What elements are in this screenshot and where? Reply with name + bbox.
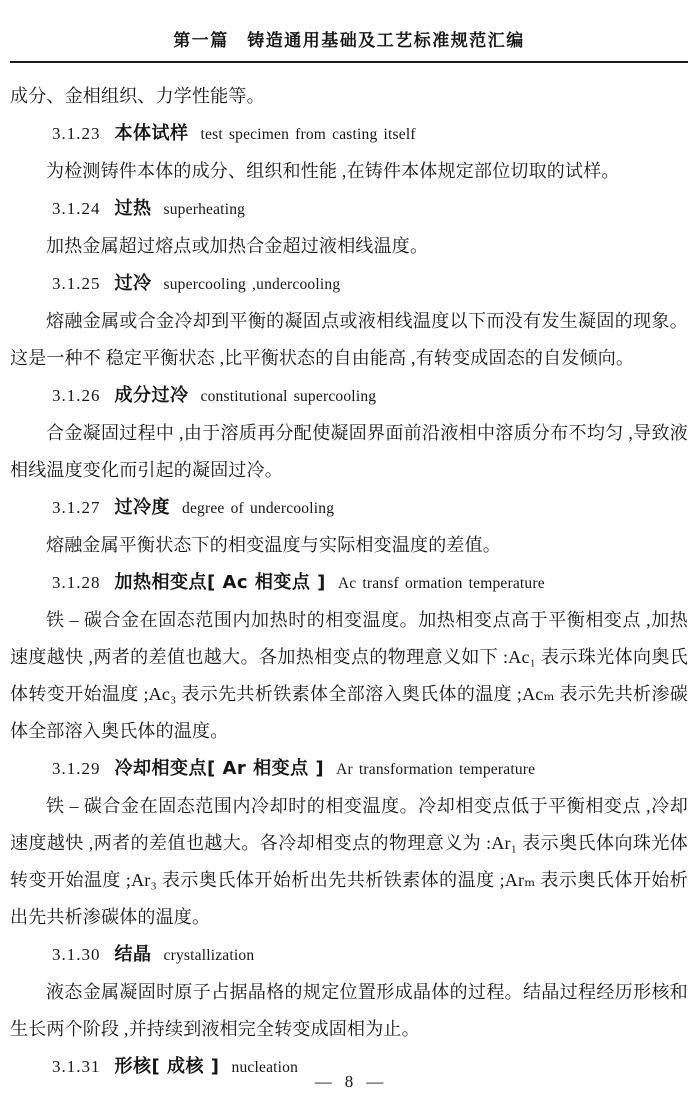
- term-english: degree of undercooling: [182, 500, 334, 517]
- footer-left-dash: —: [315, 1072, 332, 1092]
- term-number: 3.1.30: [52, 945, 101, 964]
- term-chinese: 过冷度: [115, 497, 171, 518]
- running-head-title: 第一篇 铸造通用基础及工艺标准规范汇编: [10, 30, 688, 52]
- definition-paragraph: 液态金属凝固时原子占据晶格的规定位置形成晶体的过程。结晶过程经历形核和生长两个阶…: [10, 974, 688, 1048]
- term-heading: 3.1.26成分过冷constitutional supercooling: [10, 377, 688, 415]
- term-chinese: 结晶: [115, 944, 152, 965]
- term-entry: 3.1.25过冷supercooling ,undercooling 熔融金属或…: [10, 265, 688, 377]
- term-english: Ar transformation temperature: [336, 761, 535, 778]
- term-number: 3.1.27: [52, 498, 101, 517]
- term-english: crystallization: [164, 947, 255, 964]
- term-chinese: 加热相变点[ Ac 相变点 ]: [115, 572, 326, 593]
- header-rule: [10, 61, 688, 63]
- term-entry: 3.1.29冷却相变点[ Ar 相变点 ]Ar transformation t…: [10, 750, 688, 936]
- definition-paragraph: 熔融金属或合金冷却到平衡的凝固点或液相线温度以下而没有发生凝固的现象。这是一种不…: [10, 303, 688, 377]
- page-number: 8: [345, 1072, 354, 1091]
- term-entry: 3.1.28加热相变点[ Ac 相变点 ]Ac transf ormation …: [10, 564, 688, 750]
- term-heading: 3.1.27过冷度degree of undercooling: [10, 489, 688, 527]
- term-chinese: 成分过冷: [115, 385, 189, 406]
- definition-paragraph: 铁 – 碳合金在固态范围内冷却时的相变温度。冷却相变点低于平衡相变点 ,冷却速度…: [10, 788, 688, 936]
- term-chinese: 冷却相变点[ Ar 相变点 ]: [115, 758, 325, 779]
- term-english: constitutional supercooling: [201, 388, 377, 405]
- term-heading: 3.1.25过冷supercooling ,undercooling: [10, 265, 688, 303]
- term-number: 3.1.25: [52, 274, 101, 293]
- term-english: test specimen from casting itself: [201, 126, 416, 143]
- continuation-paragraph: 成分、金相组织、力学性能等。: [10, 78, 688, 115]
- footer-right-dash: —: [366, 1072, 383, 1092]
- document-body: 成分、金相组织、力学性能等。 3.1.23本体试样test specimen f…: [10, 78, 688, 1086]
- term-heading: 3.1.24过热superheating: [10, 190, 688, 228]
- term-entry: 3.1.26成分过冷constitutional supercooling 合金…: [10, 377, 688, 489]
- term-english: supercooling ,undercooling: [164, 276, 341, 293]
- term-number: 3.1.28: [52, 573, 101, 592]
- term-number: 3.1.23: [52, 124, 101, 143]
- term-entry: 3.1.27过冷度degree of undercooling 熔融金属平衡状态…: [10, 489, 688, 564]
- term-entry: 3.1.24过热superheating 加热金属超过熔点或加热合金超过液相线温…: [10, 190, 688, 265]
- definition-paragraph: 熔融金属平衡状态下的相变温度与实际相变温度的差值。: [10, 527, 688, 564]
- term-english: Ac transf ormation temperature: [338, 575, 545, 592]
- term-number: 3.1.24: [52, 199, 101, 218]
- term-number: 3.1.26: [52, 386, 101, 405]
- page-footer: —8—: [0, 1072, 698, 1092]
- term-english: superheating: [164, 201, 246, 218]
- term-chinese: 过冷: [115, 273, 152, 294]
- definition-paragraph: 加热金属超过熔点或加热合金超过液相线温度。: [10, 228, 688, 265]
- term-heading: 3.1.28加热相变点[ Ac 相变点 ]Ac transf ormation …: [10, 564, 688, 602]
- term-entries: 3.1.23本体试样test specimen from casting its…: [10, 115, 688, 1086]
- term-heading: 3.1.29冷却相变点[ Ar 相变点 ]Ar transformation t…: [10, 750, 688, 788]
- document-page: 第一篇 铸造通用基础及工艺标准规范汇编 成分、金相组织、力学性能等。 3.1.2…: [0, 0, 698, 1114]
- term-heading: 3.1.30结晶crystallization: [10, 936, 688, 974]
- term-heading: 3.1.23本体试样test specimen from casting its…: [10, 115, 688, 153]
- definition-paragraph: 为检测铸件本体的成分、组织和性能 ,在铸件本体规定部位切取的试样。: [10, 153, 688, 190]
- term-entry: 3.1.23本体试样test specimen from casting its…: [10, 115, 688, 190]
- definition-paragraph: 合金凝固过程中 ,由于溶质再分配使凝固界面前沿液相中溶质分布不均匀 ,导致液相线…: [10, 415, 688, 489]
- definition-paragraph: 铁 – 碳合金在固态范围内加热时的相变温度。加热相变点高于平衡相变点 ,加热速度…: [10, 602, 688, 750]
- term-number: 3.1.29: [52, 759, 101, 778]
- term-entry: 3.1.30结晶crystallization 液态金属凝固时原子占据晶格的规定…: [10, 936, 688, 1048]
- term-chinese: 本体试样: [115, 123, 189, 144]
- page-header: 第一篇 铸造通用基础及工艺标准规范汇编: [10, 30, 688, 63]
- term-chinese: 过热: [115, 198, 152, 219]
